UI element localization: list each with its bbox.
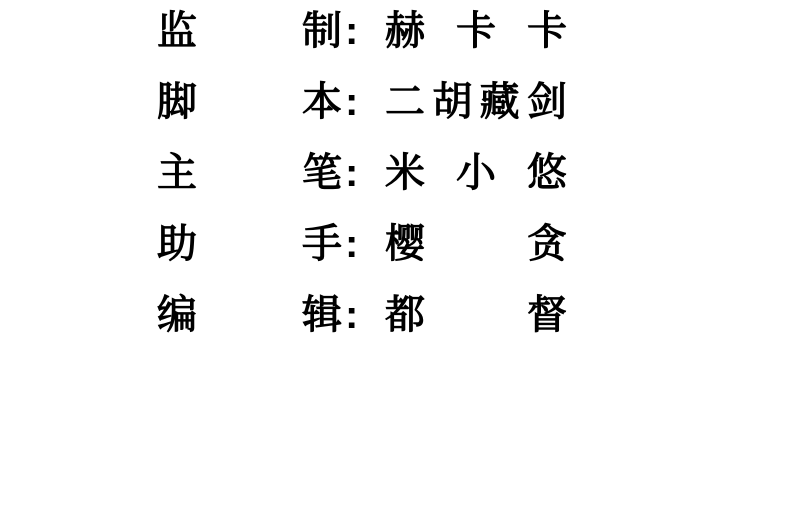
credit-colon: :	[342, 82, 385, 122]
credit-colon: :	[342, 153, 385, 193]
credit-row-lead-artist: 主笔 : 米小悠	[157, 137, 567, 208]
credit-person-name: 赫卡卡	[385, 11, 567, 51]
credits-list: 监制 : 赫卡卡 脚本 : 二胡藏剑 主笔 : 米小悠 助手 : 樱贪 编辑 :…	[157, 0, 567, 350]
credit-row-script: 脚本 : 二胡藏剑	[157, 66, 567, 137]
credit-role-label: 助手	[157, 224, 342, 264]
credit-person-name: 二胡藏剑	[385, 82, 567, 122]
credit-role-label: 监制	[157, 11, 342, 51]
credit-colon: :	[342, 295, 385, 335]
credits-page: 监制 : 赫卡卡 脚本 : 二胡藏剑 主笔 : 米小悠 助手 : 樱贪 编辑 :…	[0, 0, 800, 531]
credit-role-label: 编辑	[157, 295, 342, 335]
credit-row-assistant: 助手 : 樱贪	[157, 208, 567, 279]
credit-person-name: 樱贪	[385, 224, 567, 264]
credit-person-name: 都督	[385, 295, 567, 335]
credit-row-producer: 监制 : 赫卡卡	[157, 0, 567, 66]
credit-colon: :	[342, 11, 385, 51]
credit-person-name: 米小悠	[385, 153, 567, 193]
credit-colon: :	[342, 224, 385, 264]
credit-role-label: 脚本	[157, 82, 342, 122]
credit-row-editor: 编辑 : 都督	[157, 279, 567, 350]
credit-role-label: 主笔	[157, 153, 342, 193]
